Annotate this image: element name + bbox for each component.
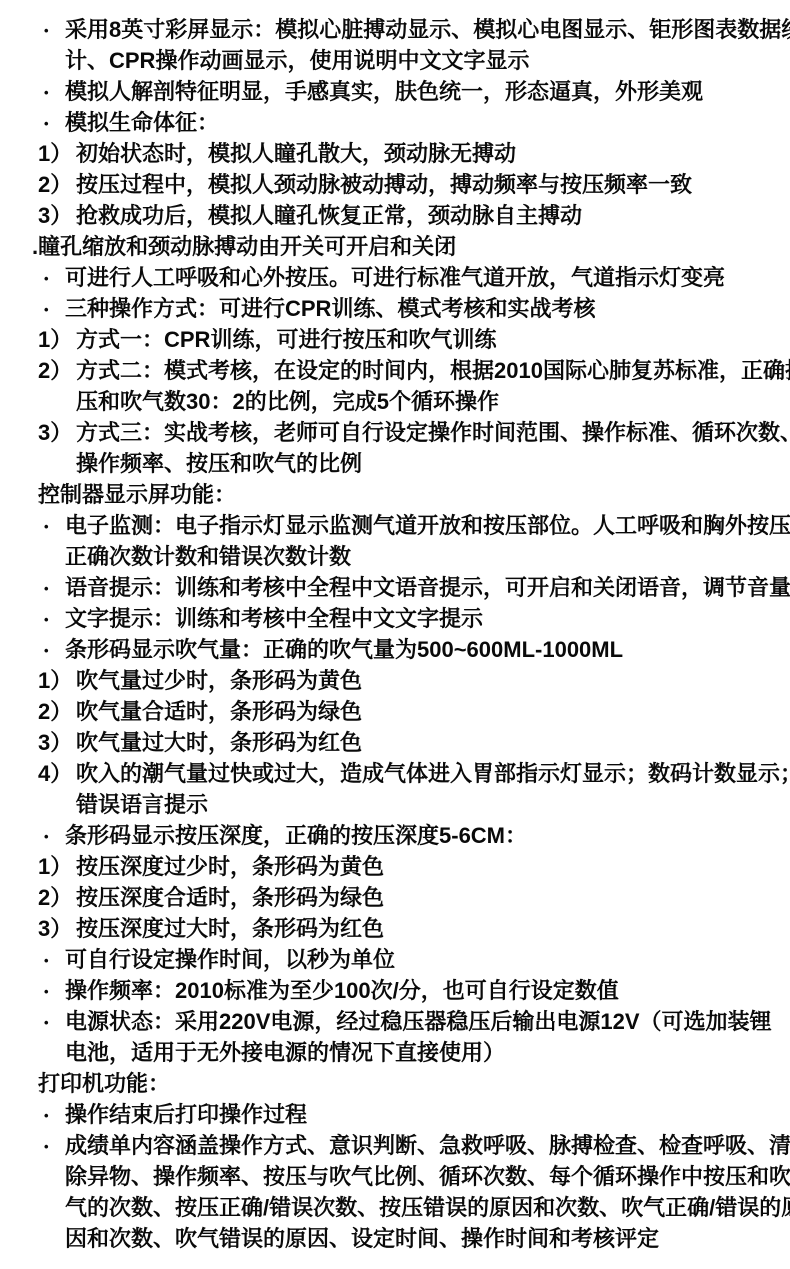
- text-line: •采用8英寸彩屏显示：模拟心脏搏动显示、模拟心电图显示、钜形图表数据统: [0, 14, 790, 45]
- line-text: 打印机功能：: [38, 1071, 170, 1096]
- bullet-marker: •: [44, 15, 65, 46]
- line-text: 采用8英寸彩屏显示：模拟心脏搏动显示、模拟心电图显示、钜形图表数据统: [65, 17, 790, 42]
- text-line: 2）按压过程中，模拟人颈动脉被动搏动，搏动频率与按压频率一致: [0, 169, 790, 200]
- line-text: 按压过程中，模拟人颈动脉被动搏动，搏动频率与按压频率一致: [76, 172, 692, 197]
- list-number-label: 1）: [38, 665, 76, 696]
- text-line: •条形码显示按压深度，正确的按压深度5-6CM：: [0, 820, 790, 851]
- text-line: •三种操作方式：可进行CPR训练、模式考核和实战考核: [0, 293, 790, 324]
- line-text: 可自行设定操作时间，以秒为单位: [65, 947, 395, 972]
- line-text: 按压深度合适时，条形码为绿色: [76, 885, 384, 910]
- line-text: 电源状态：采用220V电源，经过稳压器稳压后输出电源12V（可选加装锂: [65, 1009, 772, 1034]
- line-text: 气的次数、按压正确/错误次数、按压错误的原因和次数、吹气正确/错误的原: [65, 1195, 790, 1220]
- line-text: 初始状态时，模拟人瞳孔散大，颈动脉无搏动: [76, 141, 516, 166]
- text-line: .瞳孔缩放和颈动脉搏动由开关可开启和关闭: [0, 231, 790, 262]
- line-text: 语音提示：训练和考核中全程中文语音提示，可开启和关闭语音，调节音量。: [65, 575, 790, 600]
- text-line: 因和次数、吹气错误的原因、设定时间、操作时间和考核评定: [0, 1223, 790, 1254]
- list-number-label: 3）: [38, 200, 76, 231]
- text-line: •电源状态：采用220V电源，经过稳压器稳压后输出电源12V（可选加装锂: [0, 1006, 790, 1037]
- line-text: 因和次数、吹气错误的原因、设定时间、操作时间和考核评定: [65, 1226, 659, 1251]
- line-text: 方式一：CPR训练，可进行按压和吹气训练: [76, 327, 496, 352]
- line-text: 电池，适用于无外接电源的情况下直接使用）: [65, 1040, 505, 1065]
- line-text: 模拟人解剖特征明显，手感真实，肤色统一，形态逼真，外形美观: [65, 79, 703, 104]
- spec-document: •采用8英寸彩屏显示：模拟心脏搏动显示、模拟心电图显示、钜形图表数据统计、CPR…: [0, 0, 790, 1269]
- text-line: 1）吹气量过少时，条形码为黄色: [0, 665, 790, 696]
- text-line: 压和吹气数30：2的比例，完成5个循环操作: [0, 386, 790, 417]
- text-line: 正确次数计数和错误次数计数: [0, 541, 790, 572]
- list-number-label: 1）: [38, 138, 76, 169]
- text-line: •成绩单内容涵盖操作方式、意识判断、急救呼吸、脉搏检查、检查呼吸、清: [0, 1130, 790, 1161]
- line-text: 按压深度过大时，条形码为红色: [76, 916, 384, 941]
- line-text: 成绩单内容涵盖操作方式、意识判断、急救呼吸、脉搏检查、检查呼吸、清: [65, 1133, 790, 1158]
- text-line: •可进行人工呼吸和心外按压。可进行标准气道开放，气道指示灯变亮: [0, 262, 790, 293]
- list-number-label: 3）: [38, 727, 76, 758]
- text-line: •条形码显示吹气量：正确的吹气量为500~600ML-1000ML: [0, 634, 790, 665]
- line-text: 文字提示：训练和考核中全程中文文字提示: [65, 606, 483, 631]
- text-line: 控制器显示屏功能：: [0, 479, 790, 510]
- line-text: 吹气量合适时，条形码为绿色: [76, 699, 362, 724]
- line-text: .瞳孔缩放和颈动脉搏动由开关可开启和关闭: [32, 234, 456, 259]
- text-line: •模拟人解剖特征明显，手感真实，肤色统一，形态逼真，外形美观: [0, 76, 790, 107]
- line-text: 条形码显示吹气量：正确的吹气量为500~600ML-1000ML: [65, 637, 623, 662]
- text-line: 2）按压深度合适时，条形码为绿色: [0, 882, 790, 913]
- bullet-marker: •: [44, 821, 65, 852]
- text-line: 3）方式三：实战考核，老师可自行设定操作时间范围、操作标准、循环次数、: [0, 417, 790, 448]
- bullet-marker: •: [44, 1131, 65, 1162]
- list-number-label: 1）: [38, 324, 76, 355]
- line-text: 吹入的潮气量过快或过大，造成气体进入胃部指示灯显示；数码计数显示；: [76, 761, 790, 786]
- line-text: 控制器显示屏功能：: [38, 482, 236, 507]
- text-line: 电池，适用于无外接电源的情况下直接使用）: [0, 1037, 790, 1068]
- text-line: 操作频率、按压和吹气的比例: [0, 448, 790, 479]
- line-text: 按压深度过少时，条形码为黄色: [76, 854, 384, 879]
- line-text: 操作频率、按压和吹气的比例: [76, 451, 362, 476]
- text-line: 2）吹气量合适时，条形码为绿色: [0, 696, 790, 727]
- text-line: •操作频率：2010标准为至少100次/分，也可自行设定数值: [0, 975, 790, 1006]
- line-text: 条形码显示按压深度，正确的按压深度5-6CM：: [65, 823, 527, 848]
- list-number-label: 2）: [38, 882, 76, 913]
- line-text: 抢救成功后，模拟人瞳孔恢复正常，颈动脉自主搏动: [76, 203, 582, 228]
- line-text: 吹气量过大时，条形码为红色: [76, 730, 362, 755]
- bullet-marker: •: [44, 263, 65, 294]
- list-number-label: 2）: [38, 355, 76, 386]
- bullet-marker: •: [44, 635, 65, 666]
- text-line: •文字提示：训练和考核中全程中文文字提示: [0, 603, 790, 634]
- text-line: 2）方式二：模式考核，在设定的时间内，根据2010国际心肺复苏标准，正确按: [0, 355, 790, 386]
- text-line: 1）初始状态时，模拟人瞳孔散大，颈动脉无搏动: [0, 138, 790, 169]
- bullet-marker: •: [44, 573, 65, 604]
- line-text: 方式三：实战考核，老师可自行设定操作时间范围、操作标准、循环次数、: [76, 420, 790, 445]
- bullet-marker: •: [44, 604, 65, 635]
- bullet-marker: •: [44, 77, 65, 108]
- line-text: 压和吹气数30：2的比例，完成5个循环操作: [76, 389, 499, 414]
- text-line: 4）吹入的潮气量过快或过大，造成气体进入胃部指示灯显示；数码计数显示；: [0, 758, 790, 789]
- bullet-marker: •: [44, 108, 65, 139]
- bullet-marker: •: [44, 976, 65, 1007]
- text-line: 计、CPR操作动画显示，使用说明中文文字显示: [0, 45, 790, 76]
- bullet-marker: •: [44, 945, 65, 976]
- line-text: 错误语言提示: [76, 792, 208, 817]
- text-line: •操作结束后打印操作过程: [0, 1099, 790, 1130]
- text-line: •语音提示：训练和考核中全程中文语音提示，可开启和关闭语音，调节音量。: [0, 572, 790, 603]
- text-line: 打印机功能：: [0, 1068, 790, 1099]
- text-line: 除异物、操作频率、按压与吹气比例、循环次数、每个循环操作中按压和吹: [0, 1161, 790, 1192]
- line-text: 操作频率：2010标准为至少100次/分，也可自行设定数值: [65, 978, 619, 1003]
- bullet-marker: •: [44, 294, 65, 325]
- text-line: 3）吹气量过大时，条形码为红色: [0, 727, 790, 758]
- line-text: 计、CPR操作动画显示，使用说明中文文字显示: [65, 48, 529, 73]
- text-line: 气的次数、按压正确/错误次数、按压错误的原因和次数、吹气正确/错误的原: [0, 1192, 790, 1223]
- bullet-marker: •: [44, 1100, 65, 1131]
- line-text: 可进行人工呼吸和心外按压。可进行标准气道开放，气道指示灯变亮: [65, 265, 725, 290]
- line-text: 三种操作方式：可进行CPR训练、模式考核和实战考核: [65, 296, 595, 321]
- line-text: 电子监测：电子指示灯显示监测气道开放和按压部位。人工呼吸和胸外按压的: [65, 513, 790, 538]
- text-line: •模拟生命体征：: [0, 107, 790, 138]
- text-line: •可自行设定操作时间，以秒为单位: [0, 944, 790, 975]
- list-number-label: 2）: [38, 696, 76, 727]
- bullet-marker: •: [44, 511, 65, 542]
- text-line: 1）方式一：CPR训练，可进行按压和吹气训练: [0, 324, 790, 355]
- line-text: 操作结束后打印操作过程: [65, 1102, 307, 1127]
- text-line: 3）按压深度过大时，条形码为红色: [0, 913, 790, 944]
- list-number-label: 3）: [38, 913, 76, 944]
- list-number-label: 4）: [38, 758, 76, 789]
- bullet-marker: •: [44, 1007, 65, 1038]
- line-text: 吹气量过少时，条形码为黄色: [76, 668, 362, 693]
- text-line: 3）抢救成功后，模拟人瞳孔恢复正常，颈动脉自主搏动: [0, 200, 790, 231]
- line-text: 正确次数计数和错误次数计数: [65, 544, 351, 569]
- text-line: •电子监测：电子指示灯显示监测气道开放和按压部位。人工呼吸和胸外按压的: [0, 510, 790, 541]
- list-number-label: 2）: [38, 169, 76, 200]
- text-line: 错误语言提示: [0, 789, 790, 820]
- list-number-label: 1）: [38, 851, 76, 882]
- list-number-label: 3）: [38, 417, 76, 448]
- text-line: 1）按压深度过少时，条形码为黄色: [0, 851, 790, 882]
- line-text: 模拟生命体征：: [65, 110, 219, 135]
- line-text: 除异物、操作频率、按压与吹气比例、循环次数、每个循环操作中按压和吹: [65, 1164, 790, 1189]
- line-text: 方式二：模式考核，在设定的时间内，根据2010国际心肺复苏标准，正确按: [76, 358, 790, 383]
